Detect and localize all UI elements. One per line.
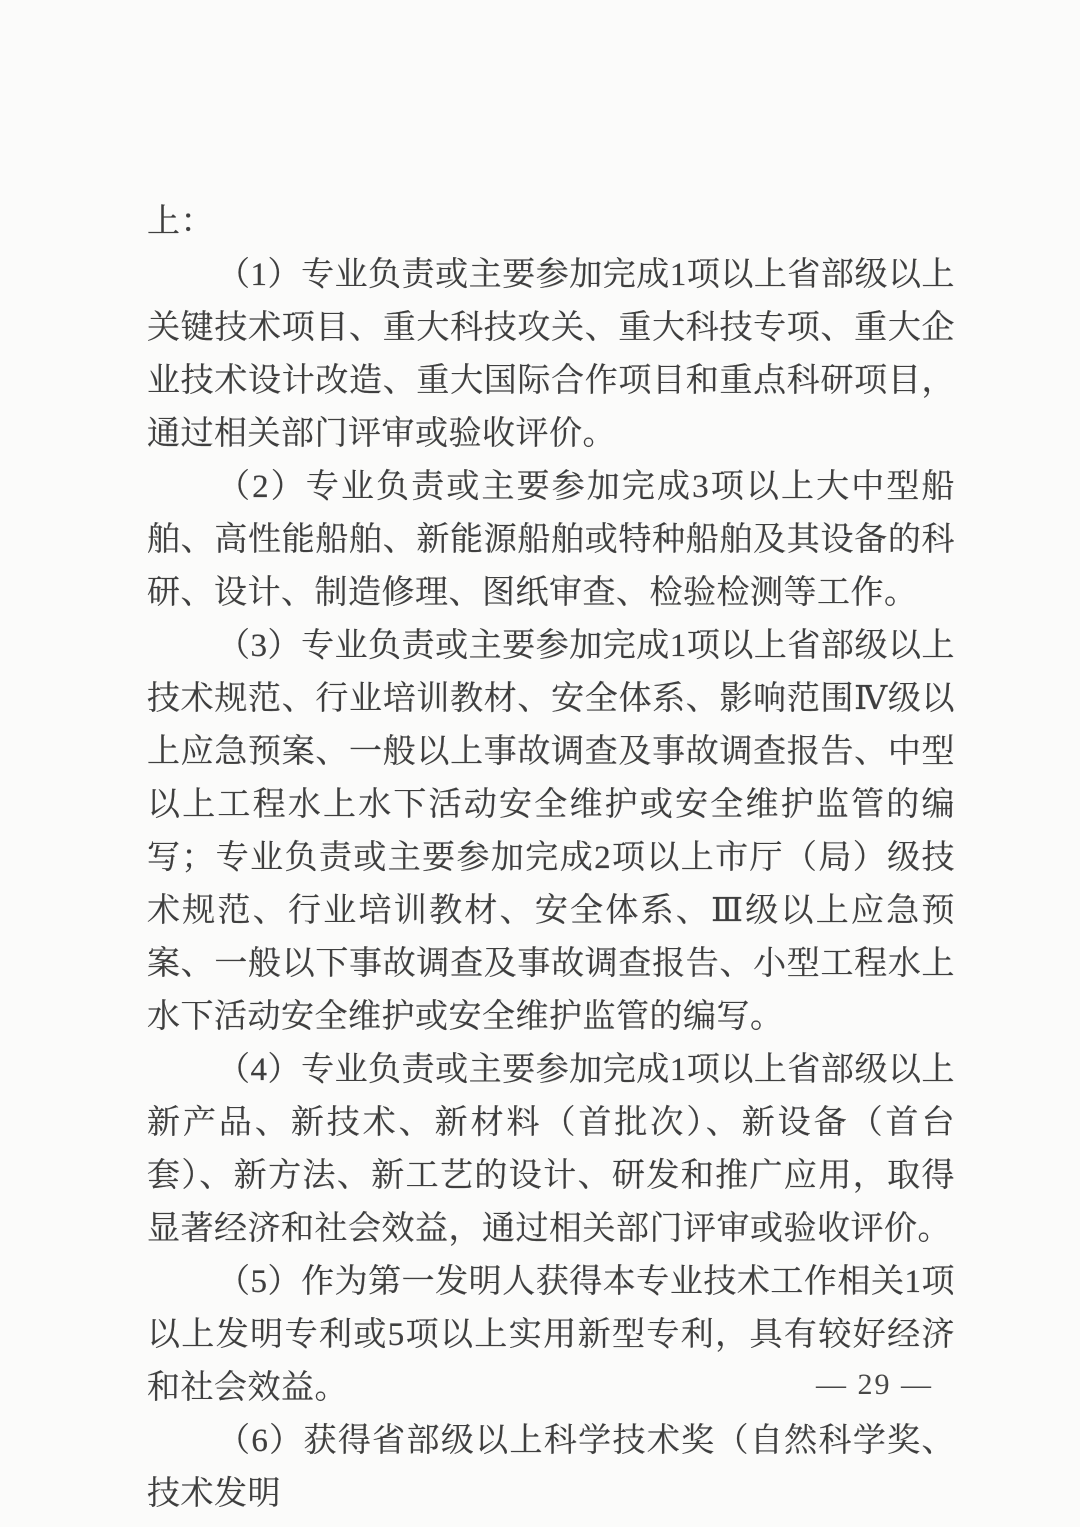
clause-6-truncated: （6）获得省部级以上科学技术奖（自然科学奖、技术发明 (147, 1415, 955, 1521)
clause-1: （1）专业负责或主要参加完成1项以上省部级以上关键技术项目、重大科技攻关、重大科… (147, 249, 955, 461)
clause-2: （2）专业负责或主要参加完成3项以上大中型船舶、高性能船舶、新能源船舶或特种船舶… (147, 461, 955, 620)
clause-3: （3）专业负责或主要参加完成1项以上省部级以上技术规范、行业培训教材、安全体系、… (147, 620, 955, 1044)
document-page: 上： （1）专业负责或主要参加完成1项以上省部级以上关键技术项目、重大科技攻关、… (0, 0, 1080, 1527)
page-number: — 29 — (816, 1368, 933, 1402)
continuation-line: 上： (147, 196, 955, 249)
clause-4: （4）专业负责或主要参加完成1项以上省部级以上新产品、新技术、新材料（首批次）、… (147, 1044, 955, 1256)
document-body: 上： （1）专业负责或主要参加完成1项以上省部级以上关键技术项目、重大科技攻关、… (147, 196, 955, 1521)
